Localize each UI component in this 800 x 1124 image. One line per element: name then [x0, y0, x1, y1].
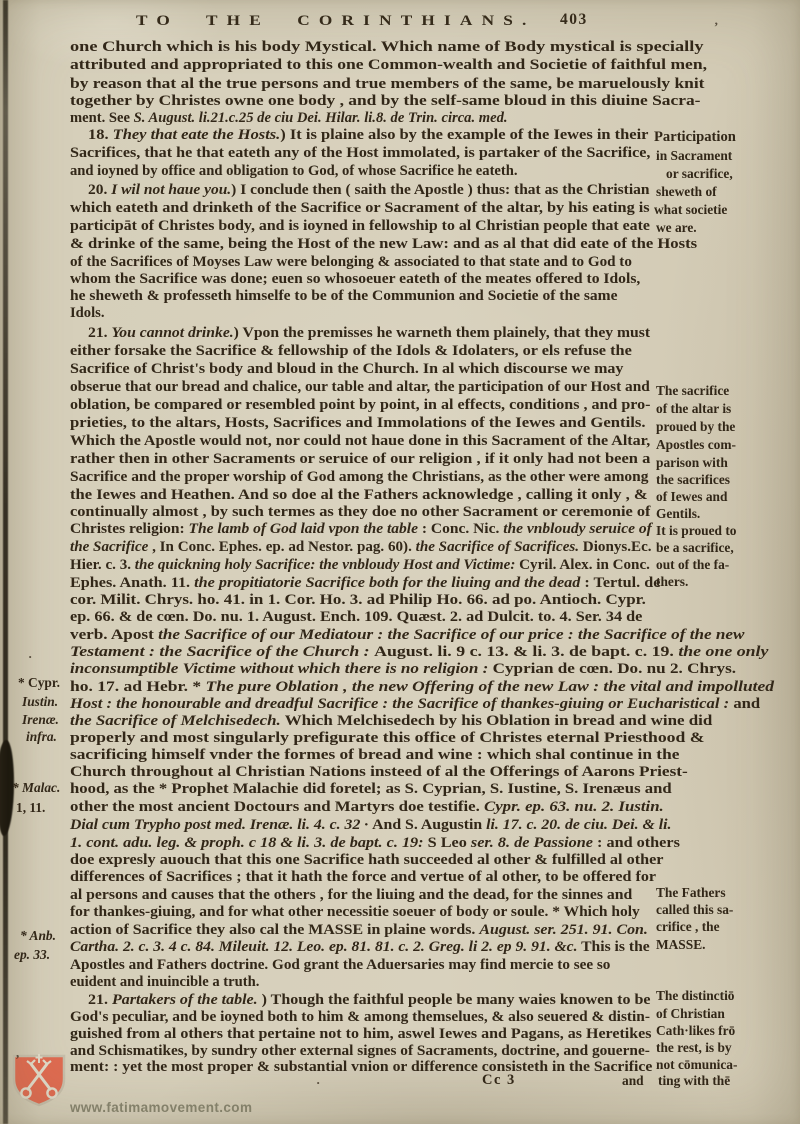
margin-note-right: called this sa- — [656, 903, 733, 917]
body-text-line: and Schismatikes, by sundry other extern… — [70, 1044, 650, 1060]
body-text-line: by reason that al the true persons and t… — [70, 77, 704, 93]
page-title: TO THE CORINTHIANS. — [136, 13, 536, 29]
body-text-line: 21. You cannot drinke.) Vpon the premiss… — [88, 326, 650, 342]
ink-mark: · — [28, 650, 32, 664]
margin-note-right: the sacrifices — [656, 473, 730, 487]
body-text-line: Sacrifice of Christ's body and bloud in … — [70, 362, 623, 378]
body-text-line: euident and inuincible a truth. — [70, 975, 259, 991]
body-text-line: ment. See S. August. li.21.c.25 de ciu D… — [70, 111, 508, 127]
scanned-book-page: TO THE CORINTHIANS. 403 Cc 3 and www.fat… — [0, 0, 800, 1124]
body-text-line: properly and most singularly prefigurate… — [70, 731, 704, 747]
body-text-line: Cartha. 2. c. 3. 4 c. 84. Mileuit. 12. L… — [70, 940, 650, 956]
margin-note-right: proued by the — [656, 420, 735, 434]
body-text-line: Which the Apostle would not, nor could n… — [70, 434, 650, 450]
margin-note-left: ep. 33. — [14, 948, 50, 962]
body-text-line: Christes religion: The lamb of God laid … — [70, 522, 652, 538]
body-text-line: Dial cum Trypho post med. Irenæ. li. 4. … — [70, 818, 671, 834]
body-text-line: the Iewes and Heathen. And so doe al the… — [70, 488, 648, 504]
margin-note-right: ting with thē — [658, 1074, 730, 1088]
body-text-line: oblation, be compared or resembled point… — [70, 398, 650, 414]
margin-note-right: we are. — [656, 221, 697, 235]
body-text-line: Apostles and Fathers doctrine. God grant… — [70, 958, 610, 974]
body-text-line: he sheweth & professeth himselfe to be o… — [70, 289, 618, 305]
margin-note-left: * Cypr. — [18, 676, 60, 690]
body-text-line: either forsake the Sacrifice & fellowshi… — [70, 344, 632, 360]
body-text-line: whom the Sacrifice was done; euen so who… — [70, 272, 640, 288]
margin-note-left: infra. — [26, 730, 57, 744]
body-text-line: 1. cont. adu. leg. & proph. c 18 & li. 3… — [70, 836, 680, 852]
body-text-line: action of Sacrifice they also cal the MA… — [70, 923, 648, 939]
body-text-line: al persons and causes that the others , … — [70, 888, 632, 904]
body-text-line: of the Sacrifices of Moyses Law were bel… — [70, 255, 632, 271]
body-text-line: continually almost , by such termes as t… — [70, 505, 650, 521]
watermark-url: www.fatimamovement.com — [70, 1101, 252, 1116]
margin-note-right: or sacrifice, — [666, 167, 733, 181]
catchword: and — [622, 1074, 644, 1088]
page-number: 403 — [560, 12, 588, 29]
body-text-line: other the most ancient Doctours and Mart… — [70, 800, 664, 816]
body-text-line: Sacrifice and the proper worship of God … — [70, 470, 648, 486]
margin-note-right: not cōmunica- — [656, 1058, 737, 1072]
ink-mark: ’ — [714, 20, 718, 34]
ink-mark: · — [316, 1076, 320, 1090]
margin-note-left: * Anb. — [20, 929, 56, 943]
body-text-line: for thankes-giuing, and for what other n… — [70, 905, 640, 921]
body-text-line: obserue that our bread and chalice, our … — [70, 380, 650, 396]
ink-mark: , — [16, 1046, 19, 1060]
body-text-line: Host : the honourable and dreadful Sacri… — [70, 697, 760, 713]
body-text-line: doe expresly auouch that this one Sacrif… — [70, 853, 663, 869]
body-text-line: the Sacrifice of Melchisedech. Which Mel… — [70, 714, 712, 730]
margin-note-left: * Malac. — [12, 781, 60, 795]
body-text-line: ment: : yet the most proper & substantia… — [70, 1060, 652, 1076]
body-text-line: differences of Sacrifices ; that it hath… — [70, 870, 656, 886]
body-text-line: prieties, to the altars, Hosts, Sacrific… — [70, 416, 646, 432]
margin-note-right: Cath·likes frō — [656, 1024, 735, 1038]
body-text-line: hood, as the * Prophet Malachie did fore… — [70, 782, 672, 798]
body-text-line: which eateth and drinketh of the Sacrifi… — [70, 201, 650, 217]
body-text-line: guished from al others that pertaine not… — [70, 1027, 651, 1043]
margin-note-right: of Iewes and — [656, 490, 727, 504]
body-text-line: Church throughout al Christian Nations i… — [70, 765, 688, 781]
margin-note-right: crifice , the — [656, 920, 720, 934]
margin-note-right: of the altar is — [656, 402, 731, 416]
margin-note-right: out of the fa- — [656, 558, 729, 572]
body-text-line: cor. Milit. Chrys. ho. 41. in 1. Cor. Ho… — [70, 593, 646, 609]
body-text-line: 18. They that eate the Hosts.) It is pla… — [88, 128, 648, 144]
body-text-line: Idols. — [70, 306, 104, 322]
margin-note-right: MASSE. — [656, 938, 705, 952]
body-text-line: participāt of Christes body, and is ioyn… — [70, 219, 650, 235]
margin-note-right: be a sacrifice, — [656, 541, 734, 555]
body-text-line: ho. 17. ad Hebr. * The pure Oblation , t… — [70, 680, 774, 696]
margin-note-left: 1, 11. — [16, 801, 45, 815]
body-text-line: sacrificing himself vnder the formes of … — [70, 748, 679, 764]
margin-note-right: The Fathers — [656, 886, 726, 900]
body-text-line: rather then in other Sacraments or serui… — [70, 452, 650, 468]
body-text-line: attributed and appropriated to this one … — [70, 58, 707, 74]
body-text-line: and ioyned by office and obligation to G… — [70, 164, 518, 180]
margin-note-right: Apostles com- — [656, 438, 736, 452]
body-text-line: together by Christes owne one body , and… — [70, 94, 700, 110]
body-text-line: & drinke of the same, being the Host of … — [70, 237, 697, 253]
body-text-line: Ephes. Anath. 11. the propitiatorie Sacr… — [70, 576, 660, 592]
margin-note-right: Gentils. — [656, 507, 700, 521]
body-text-line: Hier. c. 3. the quickning holy Sacrifice… — [70, 558, 650, 574]
margin-note-left: Irenæ. — [22, 713, 59, 727]
margin-note-right: sheweth of — [656, 185, 717, 199]
body-text-line: Sacrifices, that he that eateth any of t… — [70, 146, 650, 162]
body-text-line: 20. I wil not haue you.) I conclude then… — [88, 183, 649, 199]
body-text-line: ep. 66. & de cœn. Do. nu. 1. August. Enc… — [70, 610, 642, 626]
body-text-line: the Sacrifice , In Conc. Ephes. ep. ad N… — [70, 540, 652, 556]
margin-note-right: what societie — [654, 203, 727, 217]
scan-edge-line — [3, 0, 8, 1124]
margin-note-left: Iustin. — [22, 695, 58, 709]
margin-note-right: parison with — [656, 456, 728, 470]
body-text-line: God's peculiar, and be ioyned both to hi… — [70, 1010, 650, 1026]
margin-note-right: The sacrifice — [656, 384, 729, 398]
margin-note-right: of Christian — [656, 1007, 725, 1021]
margin-note-right: in Sacrament — [656, 149, 732, 163]
body-text-line: 21. Partakers of the table. ) Though the… — [88, 993, 650, 1009]
margin-note-right: the rest, is by — [656, 1041, 732, 1055]
body-text-line: one Church which is his body Mystical. W… — [70, 40, 704, 56]
body-text-line: verb. Apost the Sacrifice of our Mediato… — [70, 628, 744, 644]
margin-note-right: The distinctiō — [656, 989, 735, 1003]
margin-note-right: It is proued to — [656, 524, 736, 538]
body-text-line: Testament : the Sacrifice of the Church … — [70, 645, 768, 661]
margin-note-right: Participation — [654, 130, 736, 146]
body-text-line: inconsumptible Victime without which the… — [70, 662, 736, 678]
margin-note-right: thers. — [656, 575, 688, 589]
